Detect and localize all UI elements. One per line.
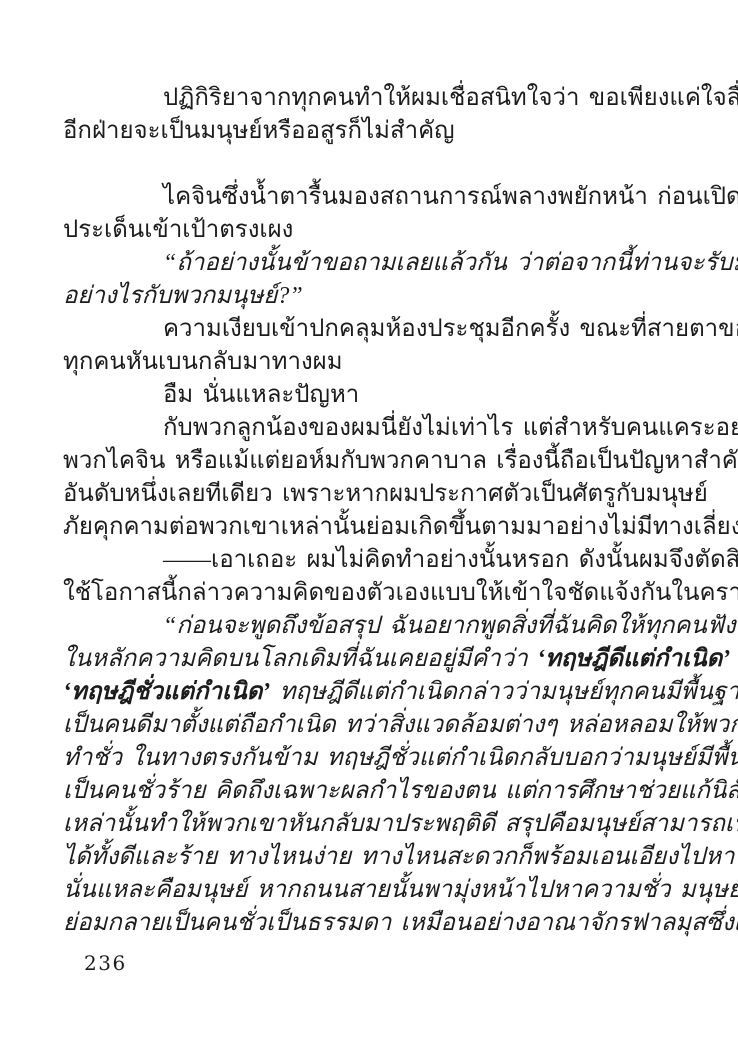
- text-line: เป็นคนชั่วร้าย คิดถึงเฉพาะผลกำไรของตน แต…: [63, 775, 669, 808]
- text-line: อย่างไรกับพวกมนุษย์?”: [63, 280, 669, 313]
- paragraph-dialogue: “ถ้าอย่างนั้นข้าขอถามเลยแล้วกัน ว่าต่อจา…: [63, 247, 669, 313]
- page-number: 236: [84, 951, 127, 975]
- text-segment: ทฤษฎีดีแต่กำเนิดกล่าวว่ามนุษย์ทุกคนมีพื้…: [270, 679, 738, 705]
- emphasis-term: ‘ทฤษฎีชั่วแต่กำเนิด’: [63, 679, 270, 705]
- text-segment: ในหลักความคิดบนโลกเดิมที่ฉันเคยอยู่มีคำว…: [63, 646, 537, 672]
- book-page: ปฏิกิริยาจากทุกคนทำให้ผมเชื่อสนิทใจว่า ข…: [0, 0, 738, 1051]
- text-line: ทำชั่ว ในทางตรงกันข้าม ทฤษฎีชั่วแต่กำเนิ…: [63, 742, 669, 775]
- paragraph: ปฏิกิริยาจากทุกคนทำให้ผมเชื่อสนิทใจว่า ข…: [63, 82, 669, 148]
- text-line: ปฏิกิริยาจากทุกคนทำให้ผมเชื่อสนิทใจว่า ข…: [63, 82, 669, 115]
- paragraph: อืม นั่นแหละปัญหา: [63, 379, 669, 412]
- paragraph-dialogue: “ก่อนจะพูดถึงข้อสรุป ฉันอยากพูดสิ่งที่ฉั…: [63, 610, 669, 940]
- text-line: เหล่านั้นทำให้พวกเขาหันกลับมาประพฤติดี ส…: [63, 808, 669, 841]
- text-line: ได้ทั้งดีและร้าย ทางไหนง่าย ทางไหนสะดวกก…: [63, 841, 669, 874]
- emphasis-term: ‘ทฤษฎีดีแต่กำเนิด’: [537, 646, 730, 672]
- text-line: ไคจินซึ่งน้ำตารื้นมองสถานการณ์พลางพยักหน…: [63, 181, 669, 214]
- text-line: ทุกคนหันเบนกลับมาทางผม: [63, 346, 669, 379]
- text-line: ย่อมกลายเป็นคนชั่วเป็นธรรมดา เหมือนอย่าง…: [63, 907, 669, 940]
- text-line: ในหลักความคิดบนโลกเดิมที่ฉันเคยอยู่มีคำว…: [63, 643, 669, 676]
- text-line: นั่นแหละคือมนุษย์ หากถนนสายนั้นพามุ่งหน้…: [63, 874, 669, 907]
- paragraph: กับพวกลูกน้องของผมนี่ยังไม่เท่าไร แต่สำห…: [63, 412, 669, 544]
- paragraph: ความเงียบเข้าปกคลุมห้องประชุมอีกครั้ง ขณ…: [63, 313, 669, 379]
- text-segment: กับ: [730, 646, 738, 672]
- text-line: กับพวกลูกน้องของผมนี่ยังไม่เท่าไร แต่สำห…: [63, 412, 669, 445]
- text-line: พวกไคจิน หรือแม้แต่ยอห์มกับพวกคาบาล เรื่…: [63, 445, 669, 478]
- text-line: ‘ทฤษฎีชั่วแต่กำเนิด’ ทฤษฎีดีแต่กำเนิดกล่…: [63, 676, 669, 709]
- text-line: ใช้โอกาสนี้กล่าวความคิดของตัวเองแบบให้เข…: [63, 577, 669, 610]
- text-line: เป็นคนดีมาตั้งแต่ถือกำเนิด ทว่าสิ่งแวดล้…: [63, 709, 669, 742]
- text-line: ——เอาเถอะ ผมไม่คิดทำอย่างนั้นหรอก ดังนั้…: [63, 544, 669, 577]
- paragraph: ไคจินซึ่งน้ำตารื้นมองสถานการณ์พลางพยักหน…: [63, 181, 669, 247]
- text-line: ความเงียบเข้าปกคลุมห้องประชุมอีกครั้ง ขณ…: [63, 313, 669, 346]
- text-line: “ก่อนจะพูดถึงข้อสรุป ฉันอยากพูดสิ่งที่ฉั…: [63, 610, 669, 643]
- text-line: ภัยคุกคามต่อพวกเขาเหล่านั้นย่อมเกิดขึ้นต…: [63, 511, 669, 544]
- text-line: “ถ้าอย่างนั้นข้าขอถามเลยแล้วกัน ว่าต่อจา…: [63, 247, 669, 280]
- paragraph: ——เอาเถอะ ผมไม่คิดทำอย่างนั้นหรอก ดังนั้…: [63, 544, 669, 610]
- body-text: ปฏิกิริยาจากทุกคนทำให้ผมเชื่อสนิทใจว่า ข…: [63, 82, 669, 940]
- text-line: อีกฝ่ายจะเป็นมนุษย์หรืออสูรก็ไม่สำคัญ: [63, 115, 669, 148]
- text-line: ประเด็นเข้าเป้าตรงเผง: [63, 214, 669, 247]
- text-line: อันดับหนึ่งเลยทีเดียว เพราะหากผมประกาศตั…: [63, 478, 669, 511]
- text-line: อืม นั่นแหละปัญหา: [63, 379, 669, 412]
